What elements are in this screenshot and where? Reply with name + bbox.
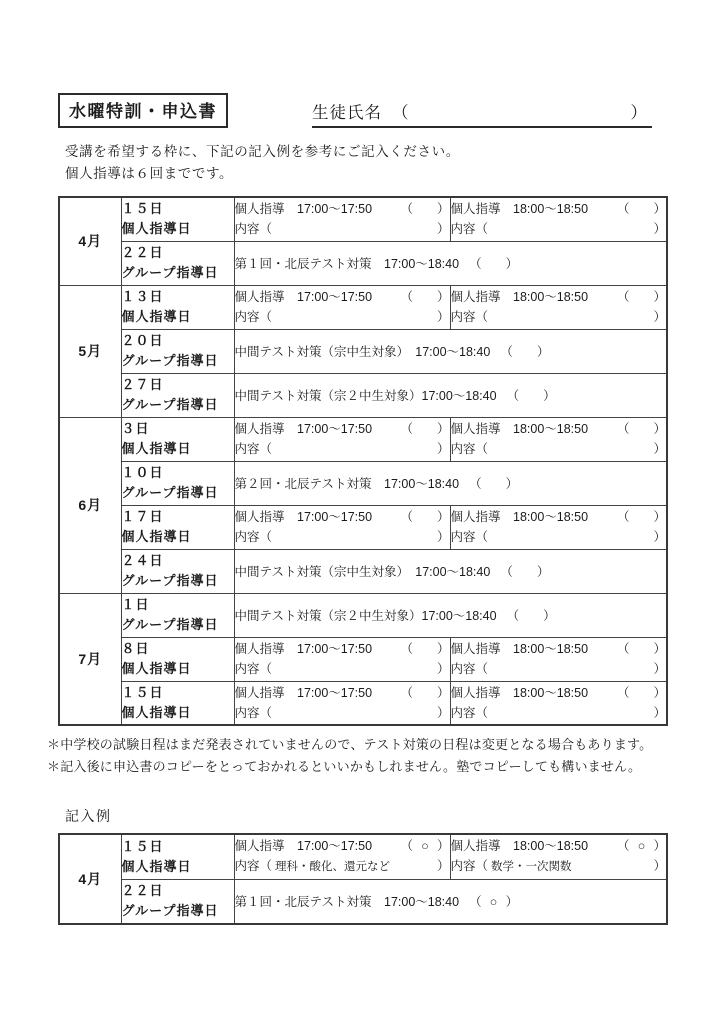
form-title: 水曜特訓・申込書 [58,93,228,128]
individual-slot: 個人指導 18:00～18:50 （） 内容（） [450,505,667,549]
group-session-cell: 中間テスト対策（宗中生対象） 17:00～18:40 （） [234,329,667,373]
check-field: ○ [413,836,437,856]
date-cell: ２２日 グループ指導日 [121,879,234,924]
date-label: ２４日 [122,551,234,571]
date-label: ２０日 [122,331,234,351]
content-field: 内容（） [451,439,667,459]
session-type-label: 個人指導日 [122,703,234,723]
individual-slot: 個人指導 17:00～17:50 （） 内容（） [234,417,450,461]
date-cell: ８日 個人指導日 [121,637,234,681]
table-row: 4月 １５日 個人指導日 個人指導 17:00～17:50 （） 内容（） [59,197,667,241]
session-type-label: グループ指導日 [122,483,234,503]
example-table: 4月 １５日 個人指導日 個人指導 17:00～17:50 （○） 内容（理科・… [58,833,668,925]
session-time-line: 個人指導 18:00～18:50 （） [451,287,667,307]
group-session-cell: 第２回・北辰テスト対策 17:00～18:40 （） [234,461,667,505]
group-session-cell: 中間テスト対策（宗中生対象） 17:00～18:40 （） [234,549,667,593]
session-time-line: 個人指導 17:00～17:50 （） [235,507,450,527]
date-label: ８日 [122,639,234,659]
individual-slot: 個人指導 17:00～17:50 （） 内容（） [234,681,450,725]
month-cell: 4月 [59,834,121,924]
date-cell: １７日 個人指導日 [121,505,234,549]
session-time-line: 個人指導 18:00～18:50 （） [451,507,667,527]
session-time-line: 個人指導 18:00～18:50 （○） [451,836,667,856]
date-label: ３日 [122,419,234,439]
date-cell: １日 グループ指導日 [121,593,234,637]
session-type-label: グループ指導日 [122,571,234,591]
table-row: ２２日 グループ指導日 第１回・北辰テスト対策 17:00～18:40 （○） [59,879,667,924]
schedule-table: 4月 １５日 個人指導日 個人指導 17:00～17:50 （） 内容（） [58,196,668,726]
session-time-line: 個人指導 18:00～18:50 （） [451,639,667,659]
table-row: 7月 １日 グループ指導日 中間テスト対策（宗２中生対象）17:00～18:40… [59,593,667,637]
date-label: １５日 [122,199,234,219]
form-header: 水曜特訓・申込書 生徒氏名 （ ） [58,93,666,128]
table-row: ２０日 グループ指導日 中間テスト対策（宗中生対象） 17:00～18:40 （… [59,329,667,373]
instructions: 受講を希望する枠に、下記の記入例を参考にご記入ください。 個人指導は６回までです… [65,141,666,184]
date-cell: １５日 個人指導日 [121,197,234,241]
student-name-field: 生徒氏名 （ ） [312,99,652,128]
session-type-label: 個人指導日 [122,307,234,327]
content-field: 内容（） [235,219,450,239]
individual-slot: 個人指導 17:00～17:50 （） 内容（） [234,505,450,549]
content-field: 内容（） [235,527,450,547]
date-cell: ２４日 グループ指導日 [121,549,234,593]
date-cell: ２７日 グループ指導日 [121,373,234,417]
table-row: ８日 個人指導日 個人指導 17:00～17:50 （） 内容（） 個人指導 1… [59,637,667,681]
content-field: 内容（） [451,307,667,327]
individual-slot: 個人指導 18:00～18:50 （） 内容（） [450,681,667,725]
table-row: ２７日 グループ指導日 中間テスト対策（宗２中生対象）17:00～18:40 （… [59,373,667,417]
date-label: ２２日 [122,243,234,263]
date-cell: １５日 個人指導日 [121,681,234,725]
student-name-label: 生徒氏名 [312,99,382,123]
individual-slot: 個人指導 17:00～17:50 （） 内容（） [234,285,450,329]
instruction-line: 個人指導は６回までです。 [65,163,666,185]
content-field: 内容（） [235,703,450,723]
table-row: 4月 １５日 個人指導日 個人指導 17:00～17:50 （○） 内容（理科・… [59,834,667,879]
date-cell: ２２日 グループ指導日 [121,241,234,285]
content-field: 内容（） [451,703,667,723]
table-row: 6月 ３日 個人指導日 個人指導 17:00～17:50 （） 内容（） [59,417,667,461]
date-cell: ２０日 グループ指導日 [121,329,234,373]
session-type-label: グループ指導日 [122,395,234,415]
session-time-line: 個人指導 17:00～17:50 （） [235,639,450,659]
session-time-line: 個人指導 17:00～17:50 （○） [235,836,450,856]
month-cell: 5月 [59,285,121,417]
individual-slot: 個人指導 17:00～17:50 （） 内容（） [234,637,450,681]
note-line: ＊記入後に申込書のコピーをとっておかれるといいかもしれません。塾でコピーしても構… [47,756,695,778]
content-field: 内容（） [235,307,450,327]
date-label: ２７日 [122,375,234,395]
date-label: １０日 [122,463,234,483]
session-type-label: グループ指導日 [122,263,234,283]
individual-slot: 個人指導 17:00～17:50 （○） 内容（理科・酸化、還元など） [234,834,450,879]
content-field: 内容（数学・一次関数） [451,856,667,877]
date-label: １５日 [122,837,234,857]
month-cell: 7月 [59,593,121,725]
content-field: 内容（） [235,439,450,459]
table-row: ２４日 グループ指導日 中間テスト対策（宗中生対象） 17:00～18:40 （… [59,549,667,593]
date-label: １７日 [122,507,234,527]
table-row: １０日 グループ指導日 第２回・北辰テスト対策 17:00～18:40 （） [59,461,667,505]
date-label: ２２日 [122,881,234,901]
note-line: ＊中学校の試験日程はまだ発表されていませんので、テスト対策の日程は変更となる場合… [47,734,695,756]
session-type-label: 個人指導日 [122,219,234,239]
individual-slot: 個人指導 18:00～18:50 （） 内容（） [450,197,667,241]
content-field: 内容（理科・酸化、還元など） [235,856,450,877]
session-time-line: 個人指導 17:00～17:50 （） [235,419,450,439]
content-field: 内容（） [451,659,667,679]
session-time-line: 個人指導 18:00～18:50 （） [451,199,667,219]
session-type-label: グループ指導日 [122,351,234,371]
table-row: １７日 個人指導日 個人指導 17:00～17:50 （） 内容（） 個人指導 … [59,505,667,549]
group-session-cell: 第１回・北辰テスト対策 17:00～18:40 （） [234,241,667,285]
content-field: 内容（） [235,659,450,679]
month-cell: 6月 [59,417,121,593]
content-field: 内容（） [451,527,667,547]
date-cell: １５日 個人指導日 [121,834,234,879]
individual-slot: 個人指導 18:00～18:50 （） 内容（） [450,637,667,681]
group-session-cell: 中間テスト対策（宗２中生対象）17:00～18:40 （） [234,373,667,417]
date-label: １日 [122,595,234,615]
date-label: １３日 [122,287,234,307]
session-time-line: 個人指導 17:00～17:50 （） [235,287,450,307]
group-session-cell: 中間テスト対策（宗２中生対象）17:00～18:40 （） [234,593,667,637]
table-row: ２２日 グループ指導日 第１回・北辰テスト対策 17:00～18:40 （） [59,241,667,285]
individual-slot: 個人指導 17:00～17:50 （） 内容（） [234,197,450,241]
session-type-label: 個人指導日 [122,439,234,459]
session-time-line: 個人指導 17:00～17:50 （） [235,683,450,703]
session-type-label: 個人指導日 [122,659,234,679]
check-field: ○ [482,895,506,909]
session-time-line: 個人指導 18:00～18:50 （） [451,683,667,703]
date-label: １５日 [122,683,234,703]
paren-open: （ [392,99,410,123]
session-type-label: 個人指導日 [122,857,234,877]
session-type-label: グループ指導日 [122,901,234,921]
session-time-line: 個人指導 18:00～18:50 （） [451,419,667,439]
date-cell: １０日 グループ指導日 [121,461,234,505]
month-cell: 4月 [59,197,121,285]
paren-close: ） [631,99,649,123]
check-field: ○ [629,836,653,856]
table-row: 5月 １３日 個人指導日 個人指導 17:00～17:50 （） 内容（） [59,285,667,329]
session-type-label: 個人指導日 [122,527,234,547]
table-row: １５日 個人指導日 個人指導 17:00～17:50 （） 内容（） 個人指導 … [59,681,667,725]
individual-slot: 個人指導 18:00～18:50 （） 内容（） [450,417,667,461]
instruction-line: 受講を希望する枠に、下記の記入例を参考にご記入ください。 [65,141,666,163]
individual-slot: 個人指導 18:00～18:50 （） 内容（） [450,285,667,329]
session-type-label: グループ指導日 [122,615,234,635]
date-cell: １３日 個人指導日 [121,285,234,329]
session-time-line: 個人指導 17:00～17:50 （） [235,199,450,219]
content-field: 内容（） [451,219,667,239]
group-session-cell: 第１回・北辰テスト対策 17:00～18:40 （○） [234,879,667,924]
individual-slot: 個人指導 18:00～18:50 （○） 内容（数学・一次関数） [450,834,667,879]
example-heading: 記入例 [65,806,666,826]
application-form-page: 水曜特訓・申込書 生徒氏名 （ ） 受講を希望する枠に、下記の記入例を参考にご記… [0,0,724,1024]
footnotes: ＊中学校の試験日程はまだ発表されていませんので、テスト対策の日程は変更となる場合… [47,734,695,777]
date-cell: ３日 個人指導日 [121,417,234,461]
